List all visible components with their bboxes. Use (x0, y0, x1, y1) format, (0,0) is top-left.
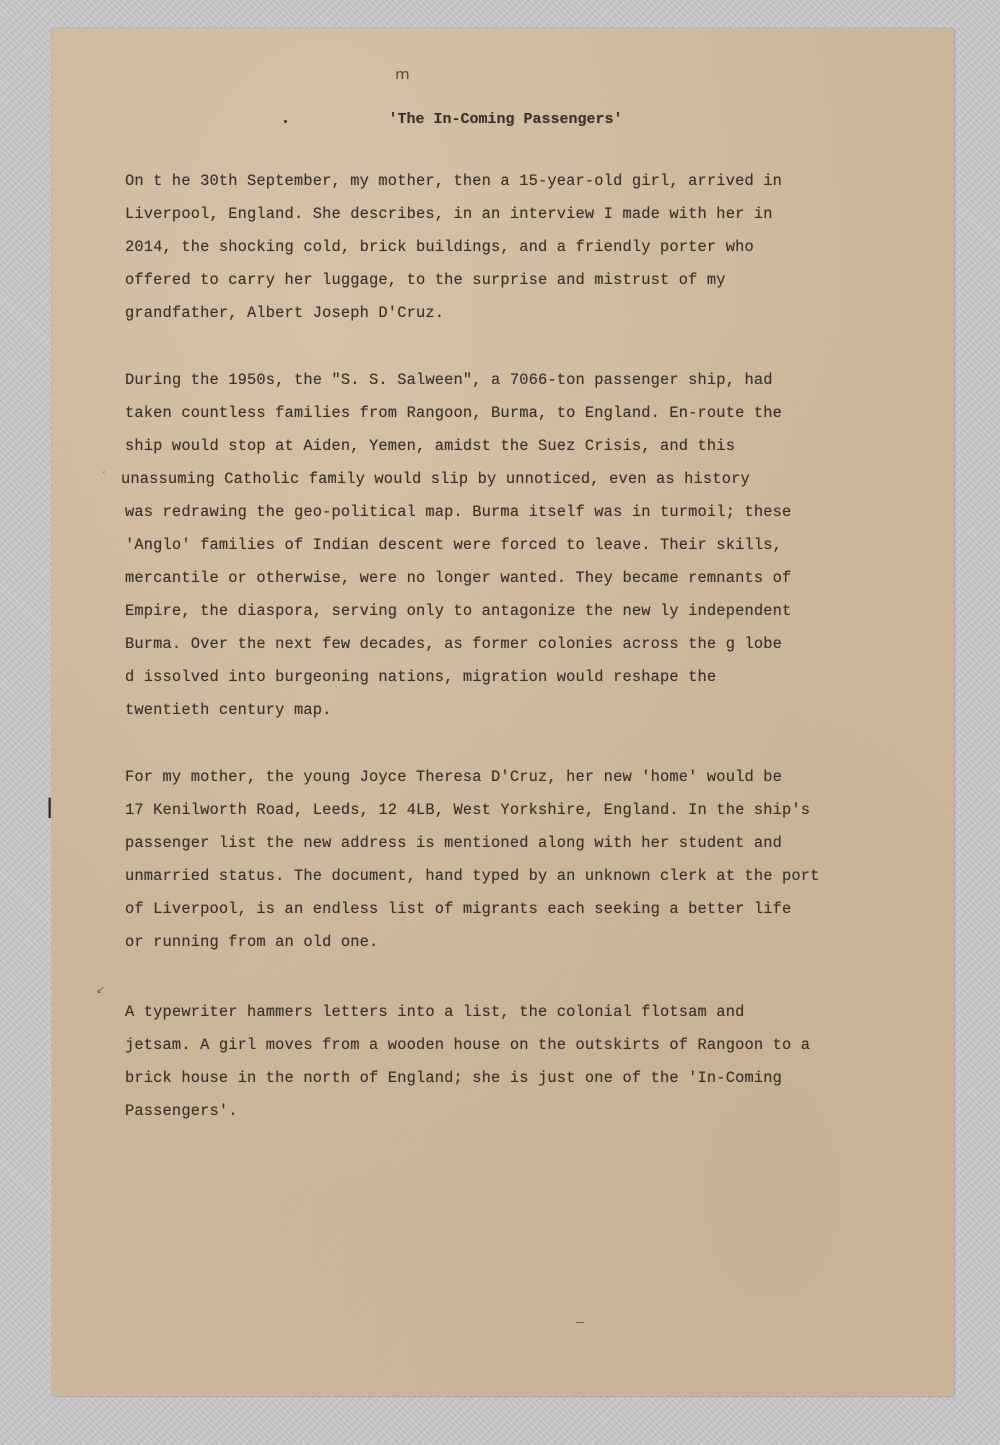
paragraph-3: For my mother, the young Joyce Theresa D… (125, 761, 925, 959)
pencil-arrow-mark: ↙ (96, 983, 105, 996)
text-line: 17 Kenilworth Road, Leeds, 12 4LB, West … (125, 794, 925, 827)
text-line: d issolved into burgeoning nations, migr… (125, 661, 925, 694)
text-line: mercantile or otherwise, were no longer … (125, 562, 925, 595)
text-line: On t he 30th September, my mother, then … (125, 165, 925, 198)
text-line: was redrawing the geo-political map. Bur… (125, 496, 925, 529)
text-line: unmarried status. The document, hand typ… (125, 860, 925, 893)
faint-left-mark: ‹ (102, 468, 106, 478)
text-line: unassuming Catholic family would slip by… (121, 463, 925, 496)
text-line: jetsam. A girl moves from a wooden house… (125, 1029, 925, 1062)
text-line: or running from an old one. (125, 926, 925, 959)
paragraph-1: On t he 30th September, my mother, then … (125, 165, 925, 330)
text-line: brick house in the north of England; she… (125, 1062, 925, 1095)
text-line: A typewriter hammers letters into a list… (125, 996, 925, 1029)
text-line: For my mother, the young Joyce Theresa D… (125, 761, 925, 794)
margin-tick-mark: | (46, 794, 53, 818)
text-line: offered to carry her luggage, to the sur… (125, 264, 925, 297)
text-line: Empire, the diaspora, serving only to an… (125, 595, 925, 628)
text-line: ship would stop at Aiden, Yemen, amidst … (125, 430, 925, 463)
paragraph-2: During the 1950s, the "S. S. Salween", a… (125, 364, 925, 727)
document-title: 'The In-Coming Passengers' (52, 111, 954, 128)
text-line: 2014, the shocking cold, brick buildings… (125, 231, 925, 264)
paragraph-4: A typewriter hammers letters into a list… (125, 996, 925, 1128)
pencil-squiggle-mark: ՠ (395, 62, 410, 84)
text-line: Liverpool, England. She describes, in an… (125, 198, 925, 231)
text-line: Burma. Over the next few decades, as for… (125, 628, 925, 661)
text-line: passenger list the new address is mentio… (125, 827, 925, 860)
text-line: of Liverpool, is an endless list of migr… (125, 893, 925, 926)
typewritten-page: ՠ 'The In-Coming Passengers' On t he 30t… (52, 28, 954, 1396)
text-line: 'Anglo' families of Indian descent were … (125, 529, 925, 562)
text-line: Passengers'. (125, 1095, 925, 1128)
text-line: grandfather, Albert Joseph D'Cruz. (125, 297, 925, 330)
text-line: twentieth century map. (125, 694, 925, 727)
bottom-dash-mark (576, 1322, 584, 1323)
text-line: taken countless families from Rangoon, B… (125, 397, 925, 430)
text-line: During the 1950s, the "S. S. Salween", a… (125, 364, 925, 397)
